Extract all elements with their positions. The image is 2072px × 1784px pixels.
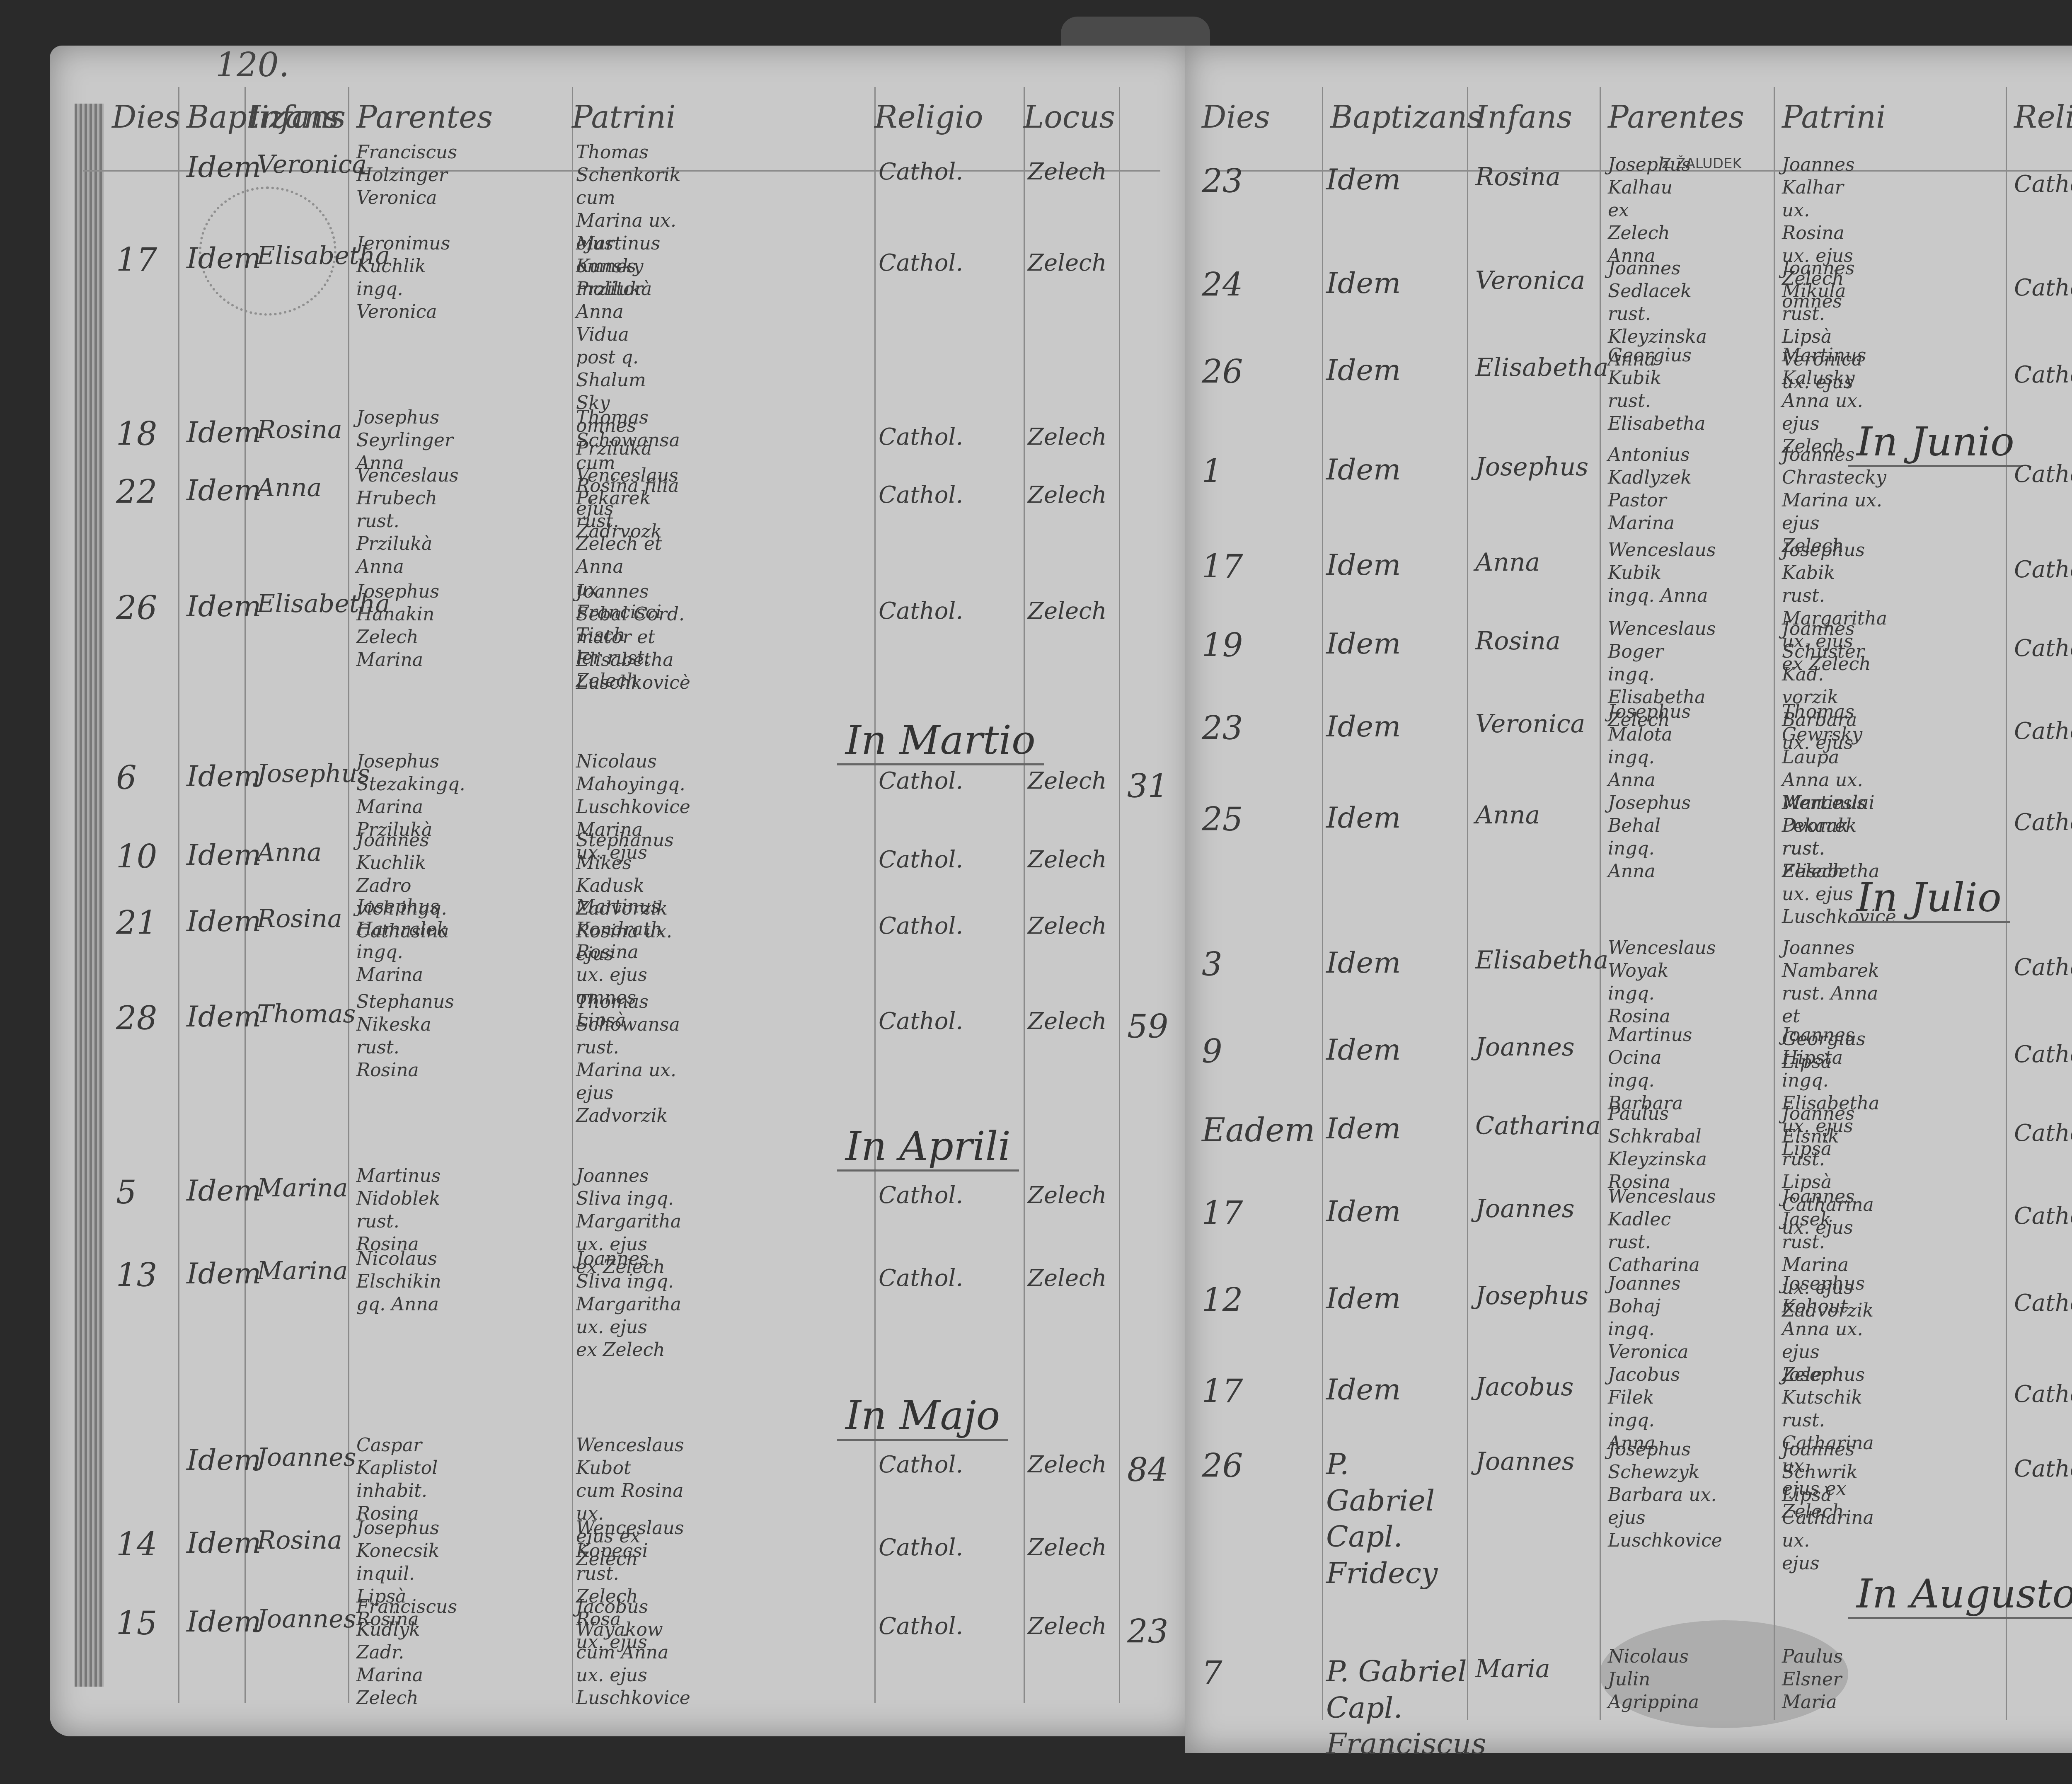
entry-infans: Joannes (1475, 1032, 1575, 1063)
entry-parentes: Nicolaus Julin Agrippina (1608, 1645, 1699, 1714)
entry-count: 31 (1127, 767, 1168, 807)
column-rule (1467, 87, 1468, 1720)
entry-locus: Zelech (1028, 481, 1107, 510)
month-heading: In Augusto (1848, 1571, 2072, 1619)
page-edges (75, 104, 104, 1687)
entry-baptizans: Idem (186, 414, 261, 451)
entry-religio: Cathol. (2014, 1289, 2072, 1318)
entry-parentes: Stephanus Nikeska rust. Rosina (356, 990, 454, 1082)
entry-infans: Rosina (1475, 162, 1561, 193)
entry-day: 5 (116, 1173, 137, 1213)
entry-parentes: Jeronimus Kuchlik ingq. Veronica (356, 232, 450, 323)
entry-day: 12 (1202, 1281, 1243, 1321)
entry-infans: Rosina (257, 414, 342, 445)
entry-locus: Zelech (1028, 157, 1107, 186)
entry-locus: Zelech (1028, 912, 1107, 941)
column-header: Infans (1475, 99, 1572, 135)
entry-day: 21 (116, 903, 157, 944)
entry-parentes: Josephus Hamralek ingq. Marina (356, 895, 448, 986)
entry-day: 23 (1202, 162, 1243, 202)
entry-infans: Elisabetha (1475, 352, 1608, 383)
entry-parentes: Antonius Kadlyzek Pastor Marina (1608, 443, 1692, 535)
entry-parentes: Martinus Nidoblek rust. Rosina (356, 1164, 441, 1256)
entry-infans: Catharina (1475, 1111, 1601, 1142)
month-heading: In Julio (1848, 874, 2010, 923)
entry-day: 3 (1202, 945, 1222, 985)
entry-infans: Veronica (257, 149, 367, 180)
column-header: Parentes (356, 99, 493, 135)
entry-baptizans: Idem (186, 1256, 261, 1292)
entry-day: 13 (116, 1256, 157, 1296)
entry-infans: Veronica (1475, 265, 1585, 296)
entry-religio: Cathol. (2014, 1040, 2072, 1069)
column-rule (572, 87, 573, 1703)
entry-day: 1 (1202, 452, 1222, 492)
entry-patrini: Jacobus Wayakow cum Anna ux. ejus Luschk… (576, 1595, 690, 1709)
column-rule (1322, 87, 1323, 1720)
entry-parentes: Venceslaus Hrubech rust. Przilukà Anna (356, 464, 459, 578)
entry-locus: Zelech (1028, 1264, 1107, 1293)
entry-locus: Zelech (1028, 1533, 1107, 1562)
entry-religio: Cathol. (2014, 460, 2072, 489)
entry-patrini: Joannes Sliva ingq. Margaritha ux. ejus … (576, 1247, 681, 1361)
column-header: Parentes (1608, 99, 1744, 135)
entry-day: 15 (116, 1604, 157, 1644)
entry-count: 23 (1127, 1612, 1168, 1653)
column-header: Religio (2014, 99, 2072, 135)
entry-infans: Rosina (257, 1525, 342, 1556)
entry-baptizans: Idem (186, 588, 261, 625)
entry-count: 84 (1127, 1450, 1168, 1491)
entry-baptizans: Idem (1326, 1111, 1401, 1147)
entry-religio: Cathol. (879, 249, 963, 278)
entry-infans: Anna (1475, 800, 1540, 831)
entry-parentes: Josephus Schewzyk Barbara ux. ejus Lusch… (1608, 1438, 1722, 1552)
entry-locus: Zelech (1028, 1181, 1107, 1210)
column-rule (1774, 87, 1775, 1720)
entry-parentes: Franciscus Kudlyk Zadr. Marina Zelech (356, 1595, 457, 1709)
entry-locus: Zelech (1028, 1007, 1107, 1036)
entry-baptizans: Idem (1326, 1032, 1401, 1068)
left-page: 120. DiesBaptizansInfansParentesPatriniR… (50, 46, 1193, 1736)
entry-parentes: Wenceslaus Kubik ingq. Anna (1608, 539, 1716, 607)
entry-baptizans: Idem (1326, 547, 1401, 583)
entry-baptizans: P. Gabriel Capl. Franciscus (1326, 1653, 1486, 1762)
entry-baptizans: Idem (1326, 709, 1401, 745)
entry-baptizans: Idem (1326, 265, 1401, 302)
entry-baptizans: Idem (1326, 452, 1401, 488)
entry-religio: Cathol. (2014, 1380, 2072, 1409)
entry-infans: Joannes (257, 1604, 356, 1635)
entry-religio: Cathol. (2014, 555, 2072, 584)
entry-baptizans: Idem (1326, 800, 1401, 836)
entry-religio: Cathol. (879, 423, 963, 452)
entry-locus: Zelech (1028, 767, 1107, 796)
entry-religio: Cathol. (879, 1264, 963, 1293)
entry-baptizans: Idem (186, 1525, 261, 1561)
entry-parentes: Josephus Stezakingq. Marina Przilukà (356, 750, 465, 841)
column-header: Religio (874, 99, 983, 135)
entry-locus: Zelech (1028, 1450, 1107, 1479)
entry-day: 22 (116, 472, 157, 513)
entry-baptizans: Idem (1326, 1193, 1401, 1230)
entry-day: 19 (1202, 626, 1243, 666)
entry-parentes: Nicolaus Elschikin gq. Anna (356, 1247, 441, 1316)
entry-religio: Cathol. (2014, 953, 2072, 982)
entry-parentes: Josephus Malota ingq. Anna (1608, 700, 1691, 792)
entry-religio: Cathol. (2014, 1455, 2072, 1484)
entry-religio: Cathol. (879, 912, 963, 941)
entry-baptizans: Idem (186, 837, 261, 874)
entry-baptizans: Idem (1326, 162, 1401, 198)
entry-religio: Cathol. (879, 157, 963, 186)
entry-infans: Jacobus (1475, 1372, 1573, 1403)
entry-infans: Marina (257, 1256, 348, 1287)
column-rule (1119, 87, 1120, 1703)
column-header: Patrini (1782, 99, 1886, 135)
entry-day: 26 (1202, 1446, 1243, 1487)
entry-infans: Joannes (257, 1442, 356, 1473)
entry-infans: Joannes (1475, 1193, 1575, 1225)
entry-religio: Cathol. (2014, 1119, 2072, 1148)
entry-infans: Anna (257, 837, 322, 868)
column-header: Dies (1202, 99, 1270, 135)
entry-locus: Zelech (1028, 249, 1107, 278)
entry-baptizans: Idem (1326, 352, 1401, 389)
entry-day: 14 (116, 1525, 157, 1566)
entry-religio: Cathol. (2014, 634, 2072, 663)
entry-parentes: Joannes Bohaj ingq. Veronica (1608, 1272, 1689, 1363)
entry-day: 18 (116, 414, 157, 455)
entry-infans: Elisabetha (1475, 945, 1608, 976)
entry-parentes: Wenceslaus Woyak ingq. Rosina (1608, 937, 1716, 1028)
entry-baptizans: Idem (186, 1442, 261, 1479)
entry-locus: Zelech (1028, 845, 1107, 874)
entry-infans: Rosina (257, 903, 342, 934)
column-header: Infans (249, 99, 346, 135)
entry-day: 23 (1202, 709, 1243, 749)
entry-baptizans: Idem (186, 149, 261, 186)
entry-religio: Cathol. (879, 1612, 963, 1641)
entry-day: 17 (1202, 1372, 1243, 1412)
entry-patrini: Thomas Schowansa rust. Marina ux. ejus Z… (576, 990, 680, 1127)
entry-religio: Cathol. (879, 597, 963, 626)
entry-parentes: Paulus Schkrabal Kleyzinska Rosina (1608, 1102, 1707, 1193)
entry-infans: Marina (257, 1173, 348, 1204)
entry-religio: Cathol. (879, 1007, 963, 1036)
column-header: Baptizans (1330, 99, 1483, 135)
entry-religio: Cathol. (2014, 717, 2072, 746)
entry-count: 59 (1127, 1007, 1168, 1048)
entry-day: 24 (1202, 265, 1243, 306)
month-heading: In Aprili (837, 1123, 1019, 1172)
entry-infans: Joannes (1475, 1446, 1575, 1477)
entry-religio: Cathol. (2014, 808, 2072, 837)
entry-day: 9 (1202, 1032, 1222, 1072)
entry-day: 17 (1202, 1193, 1243, 1234)
entry-parentes: Josephus Behal ingq. Anna (1608, 792, 1691, 883)
entry-day: 7 (1202, 1653, 1222, 1694)
entry-day: Eadem (1202, 1111, 1315, 1151)
entry-parentes: Franciscus Holzinger Veronica (356, 141, 457, 209)
month-heading: In Martio (837, 717, 1044, 765)
entry-religio: Cathol. (2014, 1202, 2072, 1231)
entry-baptizans: Idem (186, 240, 261, 277)
entry-day: 26 (116, 588, 157, 629)
column-rule (1024, 87, 1025, 1703)
entry-patrini: Joannes Schwrik Lipsà Catharina ux. ejus (1782, 1438, 1874, 1575)
column-rule (874, 87, 876, 1703)
entry-baptizans: Idem (1326, 1281, 1401, 1317)
entry-parentes: Martinus Ocina ingq. Barbara (1608, 1024, 1692, 1115)
entry-patrini: Joannes Sebal Cord. mator et Elisabetha … (576, 580, 690, 694)
entry-baptizans: Idem (186, 1173, 261, 1209)
column-rule (1600, 87, 1601, 1720)
entry-baptizans: Idem (186, 472, 261, 509)
entry-religio: Cathol. (879, 1533, 963, 1562)
entry-day: 17 (1202, 547, 1243, 588)
entry-baptizans: Idem (1326, 945, 1401, 981)
month-heading: In Majo (837, 1392, 1008, 1441)
entry-parentes: Caspar Kaplistol inhabit. Rosina (356, 1434, 438, 1525)
page-number: 120. (215, 46, 289, 84)
entry-baptizans: Idem (1326, 1372, 1401, 1408)
column-header: Patrini (572, 99, 676, 135)
entry-patrini: Paulus Elsner Maria (1782, 1645, 1843, 1714)
entry-baptizans: Idem (186, 999, 261, 1035)
column-rule (178, 87, 179, 1703)
entry-baptizans: P. Gabriel Capl. Fridecy (1326, 1446, 1438, 1591)
entry-locus: Zelech (1028, 597, 1107, 626)
entry-day: 25 (1202, 800, 1243, 840)
column-header: Dies (112, 99, 180, 135)
entry-day: 28 (116, 999, 157, 1039)
entry-religio: Cathol. (2014, 170, 2072, 199)
entry-religio: Cathol. (879, 1450, 963, 1479)
entry-baptizans: Idem (186, 903, 261, 940)
entry-infans: Josephus (1475, 452, 1588, 483)
entry-infans: Veronica (1475, 709, 1585, 740)
entry-parentes: Josephus Hanakin Zelech Marina (356, 580, 439, 671)
entry-parentes: Georgius Kubik rust. Elisabetha (1608, 344, 1706, 435)
entry-infans: Thomas (257, 999, 356, 1030)
right-page: 121. Z ŽALUDEK DiesBaptizansInfansParent… (1185, 46, 2072, 1753)
entry-religio: Cathol. (2014, 274, 2072, 303)
entry-day: 6 (116, 758, 137, 799)
entry-baptizans: Idem (1326, 626, 1401, 662)
entry-infans: Anna (257, 472, 322, 503)
entry-religio: Cathol. (2014, 361, 2072, 390)
entry-infans: Josephus (257, 758, 370, 789)
entry-baptizans: Idem (186, 1604, 261, 1640)
entry-religio: Cathol. (879, 1181, 963, 1210)
entry-religio: Cathol. (879, 767, 963, 796)
entry-day: 10 (116, 837, 157, 878)
entry-religio: Cathol. (879, 845, 963, 874)
entry-day: 26 (1202, 352, 1243, 393)
entry-infans: Rosina (1475, 626, 1561, 657)
entry-infans: Anna (1475, 547, 1540, 578)
column-header: Locus (1024, 99, 1115, 135)
entry-baptizans: Idem (186, 758, 261, 795)
entry-day: 17 (116, 240, 157, 281)
entry-parentes: Josephus Kalhau ex Zelech Anna (1608, 153, 1691, 267)
entry-locus: Zelech (1028, 423, 1107, 452)
entry-infans: Maria (1475, 1653, 1550, 1685)
entry-locus: Zelech (1028, 1612, 1107, 1641)
entry-religio: Cathol. (879, 481, 963, 510)
entry-infans: Josephus (1475, 1281, 1588, 1312)
entry-parentes: Wenceslaus Kadlec rust. Catharina (1608, 1185, 1716, 1276)
